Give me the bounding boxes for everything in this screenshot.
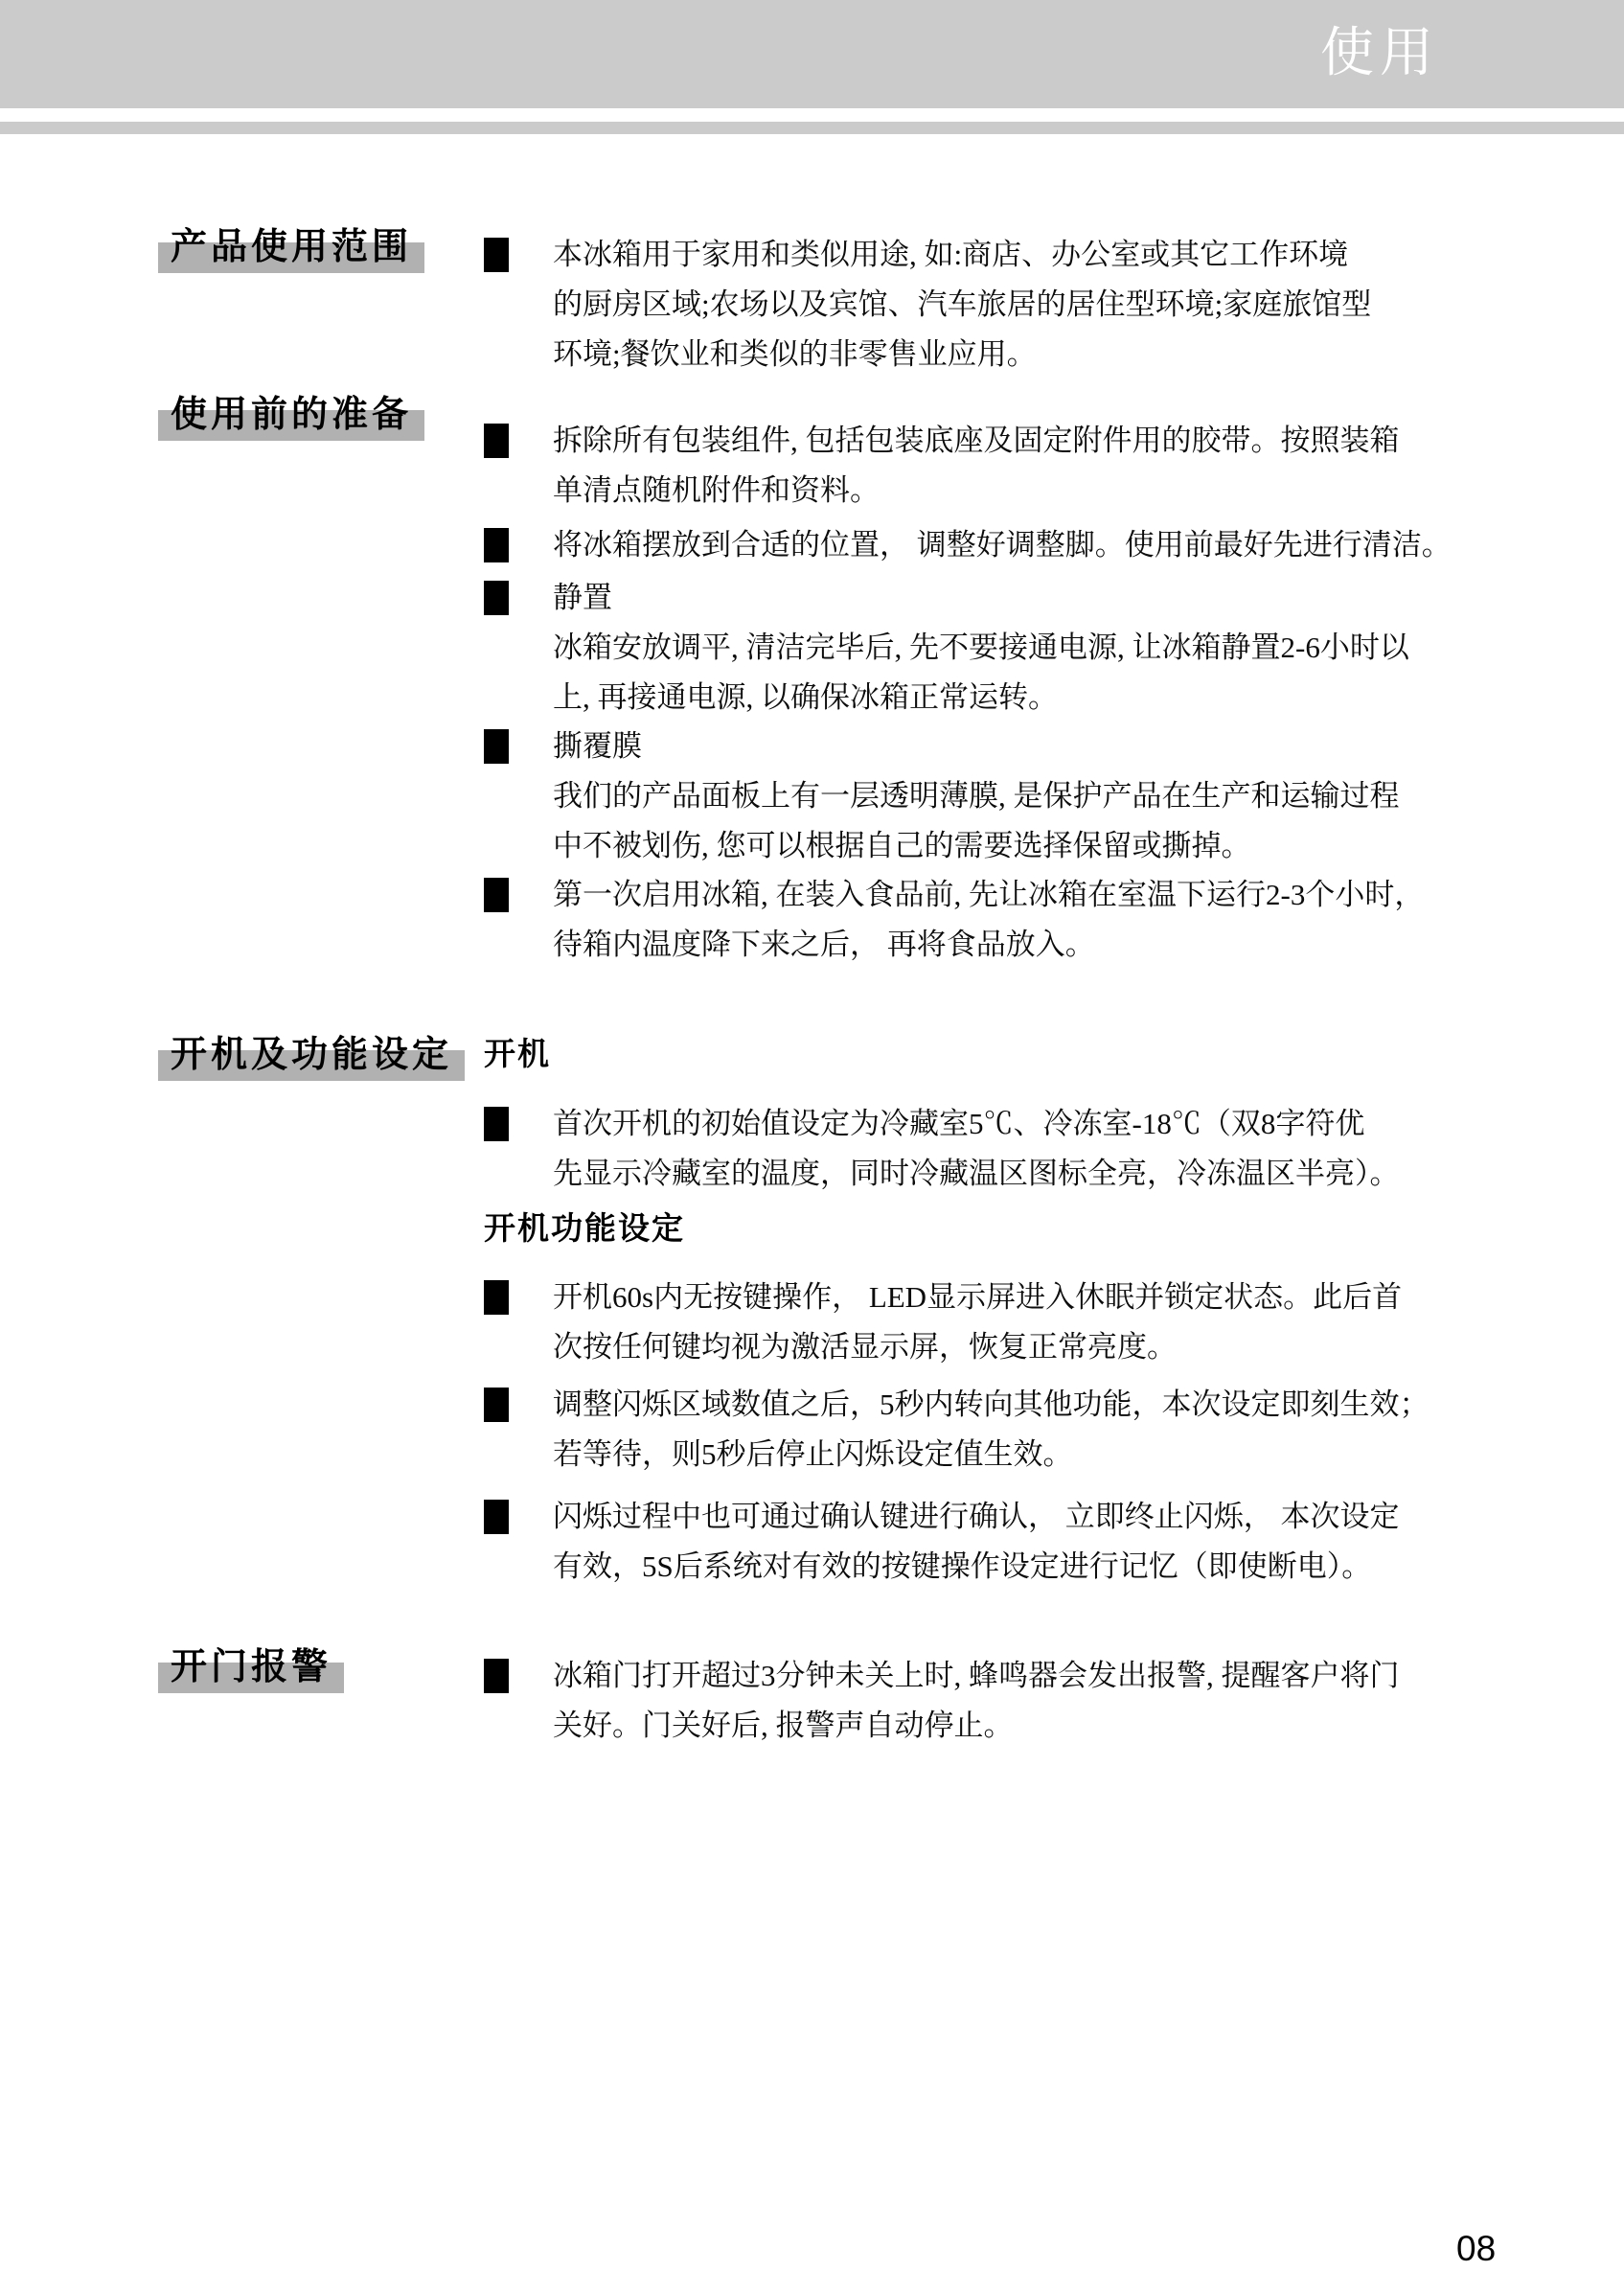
bullet-text: 拆除所有包装组件, 包括包装底座及固定附件用的胶带。按照装箱 单清点随机附件和资… xyxy=(553,416,1597,516)
manual-page: 使用 产品使用范围 本冰箱用于家用和类似用途, 如:商店、办公室或其它工作环境 … xyxy=(0,0,1624,2271)
bullet-text: 本冰箱用于家用和类似用途, 如:商店、办公室或其它工作环境 的厨房区域;农场以及… xyxy=(553,230,1597,379)
subheading-power-on: 开机 xyxy=(484,1035,551,1073)
bullet-square-icon xyxy=(484,1388,509,1422)
bullet-item: 调整闪烁区域数值之后，5秒内转向其他功能，本次设定即刻生效； 若等待，则5秒后停… xyxy=(484,1380,1597,1480)
section-heading-door-alarm: 开门报警 xyxy=(158,1663,344,1693)
bullet-text: 静置 冰箱安放调平, 清洁完毕后, 先不要接通电源, 让冰箱静置2-6小时以 上… xyxy=(553,573,1597,723)
bullet-square-icon xyxy=(484,528,509,562)
bullet-square-icon xyxy=(484,1500,509,1534)
divider-bar xyxy=(0,122,1624,134)
bullet-text: 冰箱门打开超过3分钟未关上时, 蜂鸣器会发出报警, 提醒客户将门 关好。门关好后… xyxy=(553,1651,1597,1751)
bullet-item: 冰箱门打开超过3分钟未关上时, 蜂鸣器会发出报警, 提醒客户将门 关好。门关好后… xyxy=(484,1651,1597,1751)
bullet-text: 开机60s内无按键操作， LED显示屏进入休眠并锁定状态。此后首 次按任何键均视… xyxy=(553,1273,1597,1372)
bullet-item: 首次开机的初始值设定为冷藏室5℃、冷冻室-18℃（双8字符优 先显示冷藏室的温度… xyxy=(484,1099,1597,1199)
bullet-square-icon xyxy=(484,729,509,764)
subheading-function-settings: 开机功能设定 xyxy=(484,1209,685,1248)
section-heading-product-scope: 产品使用范围 xyxy=(158,242,424,273)
section-heading-text: 使用前的准备 xyxy=(171,397,412,433)
bullet-item: 本冰箱用于家用和类似用途, 如:商店、办公室或其它工作环境 的厨房区域;农场以及… xyxy=(484,230,1597,379)
section-heading-power-on-settings: 开机及功能设定 xyxy=(158,1050,465,1081)
bullet-square-icon xyxy=(484,1280,509,1315)
bullet-text: 第一次启用冰箱, 在装入食品前, 先让冰箱在室温下运行2-3个小时， 待箱内温度… xyxy=(553,870,1597,970)
bullet-square-icon xyxy=(484,1659,509,1693)
section-heading-preparation: 使用前的准备 xyxy=(158,410,424,441)
bullet-item: 撕覆膜 我们的产品面板上有一层透明薄膜, 是保护产品在生产和运输过程 中不被划伤… xyxy=(484,722,1597,871)
bullet-square-icon xyxy=(484,1107,509,1141)
bullet-text: 首次开机的初始值设定为冷藏室5℃、冷冻室-18℃（双8字符优 先显示冷藏室的温度… xyxy=(553,1099,1597,1199)
bullet-item: 第一次启用冰箱, 在装入食品前, 先让冰箱在室温下运行2-3个小时， 待箱内温度… xyxy=(484,870,1597,970)
bullet-square-icon xyxy=(484,238,509,272)
page-title: 使用 xyxy=(1320,23,1439,82)
bullet-item: 静置 冰箱安放调平, 清洁完毕后, 先不要接通电源, 让冰箱静置2-6小时以 上… xyxy=(484,573,1597,723)
bullet-square-icon xyxy=(484,424,509,458)
page-number: 08 xyxy=(1456,2229,1496,2269)
bullet-text: 将冰箱摆放到合适的位置， 调整好调整脚。使用前最好先进行清洁。 xyxy=(553,520,1597,570)
bullet-square-icon xyxy=(484,878,509,912)
bullet-text: 撕覆膜 我们的产品面板上有一层透明薄膜, 是保护产品在生产和运输过程 中不被划伤… xyxy=(553,722,1597,871)
bullet-item: 闪烁过程中也可通过确认键进行确认， 立即终止闪烁， 本次设定 有效，5S后系统对… xyxy=(484,1492,1597,1592)
bullet-text: 调整闪烁区域数值之后，5秒内转向其他功能，本次设定即刻生效； 若等待，则5秒后停… xyxy=(553,1380,1597,1480)
section-heading-text: 产品使用范围 xyxy=(171,229,412,265)
bullet-item: 拆除所有包装组件, 包括包装底座及固定附件用的胶带。按照装箱 单清点随机附件和资… xyxy=(484,416,1597,516)
bullet-item: 开机60s内无按键操作， LED显示屏进入休眠并锁定状态。此后首 次按任何键均视… xyxy=(484,1273,1597,1372)
bullet-square-icon xyxy=(484,581,509,615)
section-heading-text: 开机及功能设定 xyxy=(171,1037,452,1073)
bullet-text: 闪烁过程中也可通过确认键进行确认， 立即终止闪烁， 本次设定 有效，5S后系统对… xyxy=(553,1492,1597,1592)
bullet-item: 将冰箱摆放到合适的位置， 调整好调整脚。使用前最好先进行清洁。 xyxy=(484,520,1597,570)
section-heading-text: 开门报警 xyxy=(171,1649,332,1686)
